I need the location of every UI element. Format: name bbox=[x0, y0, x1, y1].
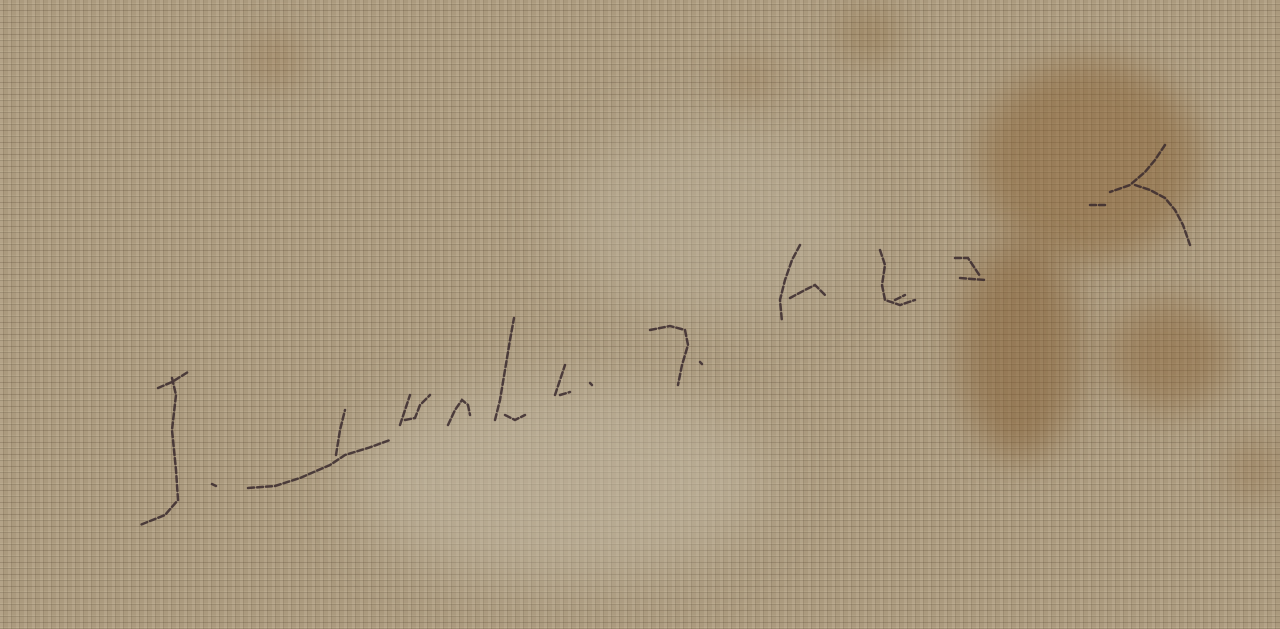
canvas-photo bbox=[0, 0, 1280, 629]
signature-ink bbox=[0, 0, 1280, 629]
